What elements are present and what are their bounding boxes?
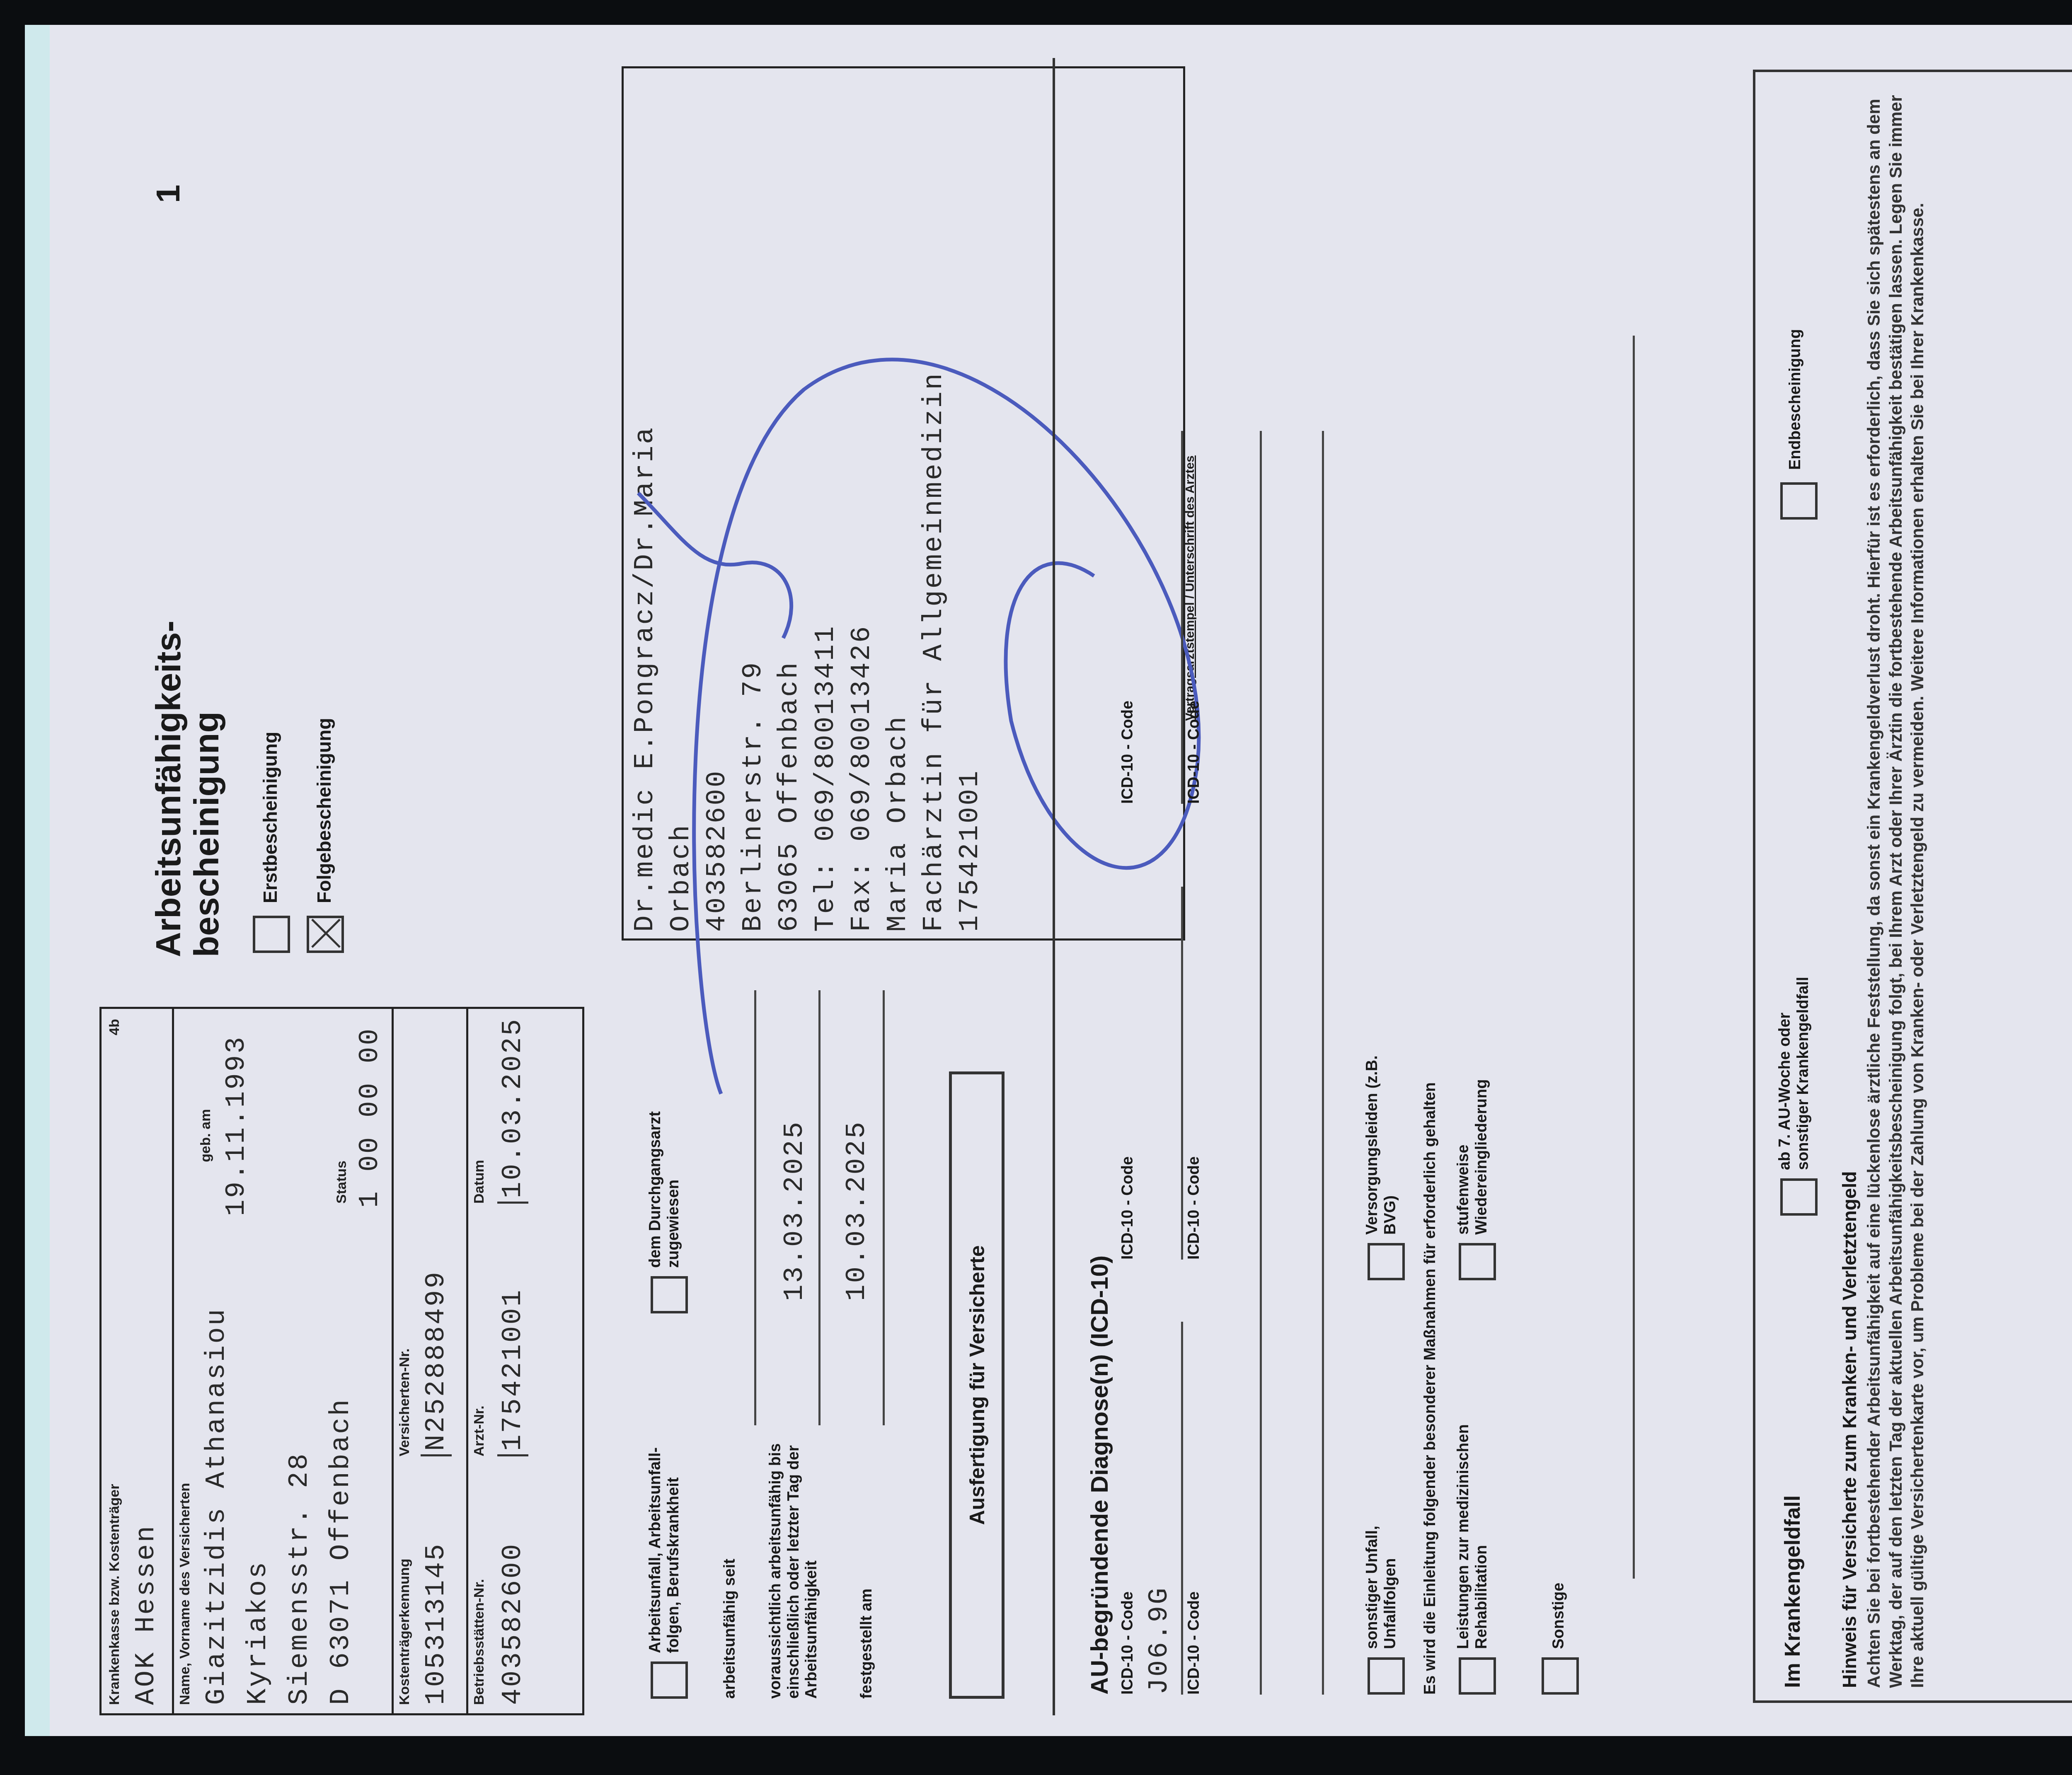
reintegration-label: stufenweise Wiedereingliederung bbox=[1455, 1003, 1491, 1235]
other-measures-label: Sonstige bbox=[1550, 1583, 1568, 1649]
determined-label: festgestellt am bbox=[858, 1589, 876, 1699]
erstbescheinigung-checkbox[interactable] bbox=[253, 916, 290, 953]
form-code: 4b bbox=[107, 1019, 123, 1035]
folgebescheinigung-label: Folgebescheinigung bbox=[313, 718, 335, 903]
document-paper: Krankenkasse bzw. Kostenträger 4b AOK He… bbox=[25, 25, 2072, 1736]
page-number: 1 bbox=[149, 185, 187, 203]
final-certificate-label: Endbescheinigung bbox=[1786, 329, 1805, 470]
measures-intro: Es wird die Einleitung folgender besonde… bbox=[1421, 1082, 1440, 1695]
insurer-label: Krankenkasse bzw. Kostenträger bbox=[107, 1484, 123, 1705]
doctor-line: Fachärztin für Allgemeinmedizin bbox=[916, 372, 952, 932]
rehab-label: Leistungen zur medizinischen Rehabilitat… bbox=[1455, 1417, 1491, 1649]
icd-label: ICD-10 - Code bbox=[1185, 1591, 1203, 1695]
insurer-name: AOK Hessen bbox=[131, 1524, 162, 1705]
doctor-line: Berlinerstr. 79 bbox=[735, 372, 771, 932]
insurer-id-label: Kostenträgerkennung bbox=[397, 1559, 413, 1705]
signature-caption: Vertragsarztstempel / Unterschrift des A… bbox=[1183, 455, 1197, 721]
diagnosis-title: AU-begründende Diagnose(n) (ICD-10) bbox=[1086, 1255, 1113, 1695]
patient-dob: 19.11.1993 bbox=[221, 1035, 252, 1216]
patient-status: 1 00 00 00 bbox=[354, 1027, 385, 1208]
date-label: Datum bbox=[471, 1160, 487, 1204]
sick-pay-box: Im Krankengeldfall ab 7. AU-Woche oder s… bbox=[1753, 70, 2072, 1703]
patient-header-box: Krankenkasse bzw. Kostenträger 4b AOK He… bbox=[99, 1007, 584, 1715]
doctor-line: Orbach bbox=[663, 372, 699, 932]
insurer-id: 105313145 bbox=[421, 1543, 452, 1705]
doctor-no-label: Arzt-Nr. bbox=[471, 1405, 487, 1456]
until-label: voraussichtlich arbeitsunfähig bis einsc… bbox=[767, 1442, 821, 1699]
reintegration-checkbox[interactable] bbox=[1459, 1243, 1496, 1280]
patient-surname: Giazitzidis Athanasiou bbox=[201, 1308, 232, 1705]
icd-code-1: J06.9G bbox=[1144, 1586, 1175, 1695]
patient-firstname: Kyriakos bbox=[242, 1560, 274, 1705]
practice-no-label: Betriebsstätten-Nr. bbox=[471, 1579, 487, 1705]
until-date: 13.03.2025 bbox=[779, 1120, 810, 1301]
insured-number: N252888499 bbox=[421, 1270, 452, 1456]
doctor-line: 175421001 bbox=[952, 372, 988, 932]
doctor-line: 63065 Offenbach bbox=[771, 372, 807, 932]
dob-label: geb. am bbox=[198, 1109, 214, 1162]
patient-street: Siemensstr. 28 bbox=[284, 1452, 315, 1705]
other-accident-label: sonstiger Unfall, Unfallfolgen bbox=[1363, 1442, 1399, 1649]
sick-pay-title: Im Krankengeldfall bbox=[1780, 1495, 1805, 1688]
final-certificate-checkbox[interactable] bbox=[1780, 482, 1818, 520]
erstbescheinigung-label: Erstbescheinigung bbox=[259, 732, 281, 903]
doctor-line: Dr.medic E.Pongracz/Dr.Maria bbox=[627, 372, 663, 932]
pension-label: Versorgungsleiden (z.B. BVG) bbox=[1363, 1028, 1399, 1235]
insured-no-label: Versicherten-Nr. bbox=[397, 1348, 413, 1456]
status-label: Status bbox=[334, 1161, 350, 1204]
icd-label: ICD-10 - Code bbox=[1185, 701, 1203, 804]
doctor-stamp-text: Dr.medic E.Pongracz/Dr.Maria Orbach 4035… bbox=[627, 372, 988, 932]
copy-for-insured-label: Ausfertigung für Versicherte bbox=[965, 1074, 989, 1696]
rehab-checkbox[interactable] bbox=[1459, 1657, 1496, 1695]
doctor-stamp-box: Dr.medic E.Pongracz/Dr.Maria Orbach 4035… bbox=[622, 66, 1185, 941]
other-measures-checkbox[interactable] bbox=[1542, 1657, 1579, 1695]
hint-title: Hinweis für Versicherte zum Kranken- und… bbox=[1838, 1171, 1861, 1688]
determined-date: 10.03.2025 bbox=[841, 1120, 872, 1301]
title-line-2: bescheinigung bbox=[187, 621, 225, 957]
doctor-line: Tel: 069/80013411 bbox=[808, 372, 844, 932]
patient-city: D 63071 Offenbach bbox=[325, 1398, 356, 1705]
form-title: Arbeitsunfähigkeits- bescheinigung bbox=[149, 621, 226, 957]
icd-label: ICD-10 - Code bbox=[1185, 1156, 1203, 1260]
pension-checkbox[interactable] bbox=[1368, 1243, 1405, 1280]
durchgangsarzt-checkbox[interactable] bbox=[651, 1276, 688, 1313]
durchgangsarzt-label: dem Durchgangsarzt zugewiesen bbox=[646, 1094, 683, 1268]
doctor-line: Fax: 069/80013426 bbox=[844, 372, 880, 932]
other-accident-checkbox[interactable] bbox=[1368, 1657, 1405, 1695]
practice-number: 403582600 bbox=[497, 1543, 528, 1705]
icd-label: ICD-10 - Code bbox=[1119, 1156, 1137, 1260]
folgebescheinigung-checkbox[interactable] bbox=[307, 916, 344, 953]
title-line-1: Arbeitsunfähigkeits- bbox=[149, 621, 187, 957]
icd-label: ICD-10 - Code bbox=[1119, 1591, 1137, 1695]
name-label: Name, Vorname des Versicherten bbox=[177, 1483, 193, 1705]
work-accident-checkbox[interactable] bbox=[651, 1661, 688, 1699]
issue-date: 10.03.2025 bbox=[497, 1018, 528, 1204]
since-label: arbeitsunfähig seit bbox=[721, 1559, 739, 1699]
doctor-line: Maria Orbach bbox=[880, 372, 916, 932]
sick-note-form: Krankenkasse bzw. Kostenträger 4b AOK He… bbox=[99, 79, 2072, 1715]
copy-for-insured-box: Ausfertigung für Versicherte bbox=[949, 1071, 1005, 1699]
hint-text: Achten Sie bei fortbestehender Arbeitsun… bbox=[1863, 89, 1929, 1688]
doctor-line: 403582600 bbox=[699, 372, 735, 932]
icd-label: ICD-10 - Code bbox=[1119, 701, 1137, 804]
work-accident-label: Arbeitsunfall, Arbeitsunfall-folgen, Ber… bbox=[646, 1438, 683, 1653]
doctor-number: 175421001 bbox=[497, 1289, 528, 1456]
week7-label: ab 7. AU-Woche oder sonstiger Krankengel… bbox=[1776, 938, 1812, 1170]
week7-checkbox[interactable] bbox=[1780, 1178, 1818, 1216]
